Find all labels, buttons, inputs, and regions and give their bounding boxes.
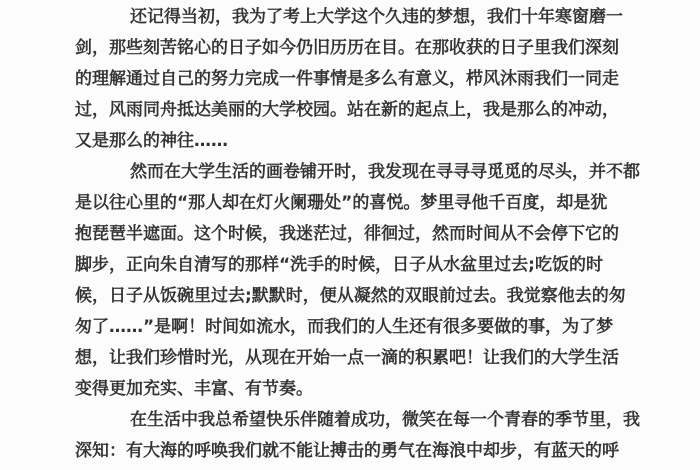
text-line: 又是那么的神往…… [75,126,620,157]
text-line: 脚步，正向朱自清写的那样“洗手的时候，日子从水盆里过去;吃饭的时 [75,250,620,281]
paragraph-1: 还记得当初，我为了考上大学这个久违的梦想，我们十年寒窗磨一 剑，那些刻苦铭心的日… [75,2,620,157]
text-line: 过，风雨同舟抵达美丽的大学校园。站在新的起点上，我是那么的冲动， [75,95,620,126]
text-line: 深知：有大海的呼唤我们就不能让搏击的勇气在海浪中却步，有蓝天的呼 [75,436,620,467]
text-line: 匆了……”是啊！时间如流水，而我们的人生还有很多要做的事，为了梦 [75,312,620,343]
text-line: 抱琵琶半遮面。这个时候，我迷茫过，徘徊过，然而时间从不会停下它的 [75,219,620,250]
paragraph-3: 在生活中我总希望快乐伴随着成功，微笑在每一个青春的季节里，我 深知：有大海的呼唤… [75,405,620,467]
text-line: 变得更加充实、丰富、有节奏。 [75,374,620,405]
essay-text-block: 还记得当初，我为了考上大学这个久违的梦想，我们十年寒窗磨一 剑，那些刻苦铭心的日… [75,2,620,467]
paragraph-2: 然而在大学生活的画卷铺开时，我发现在寻寻寻觅觅的尽头，并不都 是以往心里的“那人… [75,157,620,405]
text-line: 剑，那些刻苦铭心的日子如今仍旧历历在目。在那收获的日子里我们深刻 [75,33,620,64]
text-line: 然而在大学生活的画卷铺开时，我发现在寻寻寻觅觅的尽头，并不都 [75,157,620,188]
text-line: 的理解通过自己的努力完成一件事情是多么有意义，栉风沐雨我们一同走 [75,64,620,95]
text-line: 想，让我们珍惜时光，从现在开始一点一滴的积累吧！让我们的大学生活 [75,343,620,374]
document-page: { "page": { "background_color": "#fcfcfc… [0,0,700,470]
text-line: 是以往心里的“那人却在灯火阑珊处”的喜悦。梦里寻他千百度，却是犹 [75,188,620,219]
text-line: 候，日子从饭碗里过去;默默时，便从凝然的双眼前过去。我觉察他去的匆 [75,281,620,312]
text-line: 还记得当初，我为了考上大学这个久违的梦想，我们十年寒窗磨一 [75,2,620,33]
text-line: 在生活中我总希望快乐伴随着成功，微笑在每一个青春的季节里，我 [75,405,620,436]
